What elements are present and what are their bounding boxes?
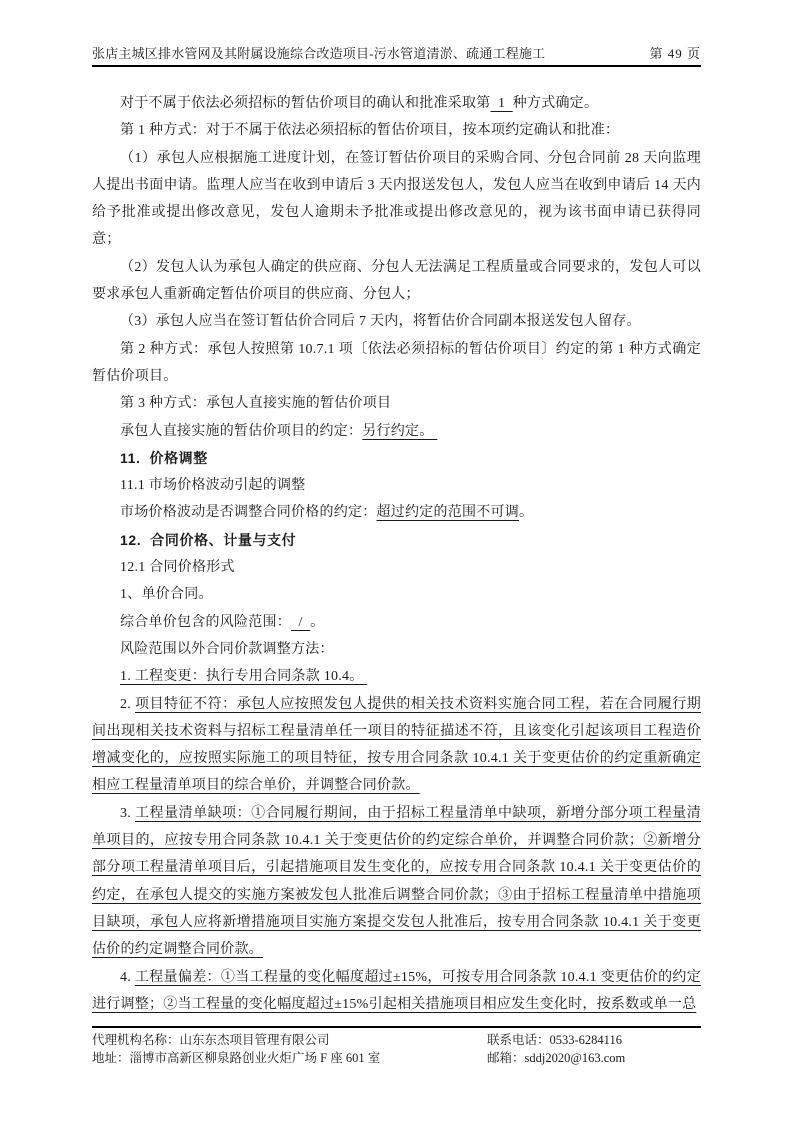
- underlined-text: 另行约定。: [362, 424, 437, 439]
- text-run: 11.1 市场价格波动引起的调整: [120, 478, 305, 493]
- section-heading: 12. 合同价格、计量与支付: [92, 527, 701, 554]
- agency-address: 地址：淄博市高新区柳泉路创业火炬广场 F 座 601 室: [92, 1050, 487, 1068]
- text-run: （2）发包人认为承包人确定的供应商、分包人无法满足工程质量或合同要求的，发包人可…: [92, 260, 701, 302]
- text-run: 风险范围以外合同价款调整方法：: [120, 642, 334, 657]
- paragraph: （2）发包人认为承包人确定的供应商、分包人无法满足工程质量或合同要求的，发包人可…: [92, 254, 701, 309]
- underlined-text: 超过约定的范围不可调: [377, 505, 520, 520]
- document-page: 张店主城区排水管网及其附属设施综合改造项目-污水管道清淤、疏通工程施工 第 49…: [0, 0, 793, 1122]
- underlined-text: 1: [491, 96, 513, 111]
- contact-email: 邮箱：sddj2020@163.com: [487, 1050, 701, 1068]
- text-run: 种方式确定。: [513, 96, 599, 111]
- page-number: 第 49 页: [649, 46, 701, 62]
- paragraph: 1、单价合同。: [92, 581, 701, 608]
- text-run: 承包人直接实施的暂估价项目的约定：: [120, 424, 362, 439]
- paragraph: 对于不属于依法必须招标的暂估价项目的确认和批准采取第 1 种方式确定。: [92, 90, 701, 117]
- agency-name: 代理机构名称：山东东杰项目管理有限公司: [92, 1032, 487, 1050]
- text-run: 4.: [120, 970, 135, 985]
- text-run: 3.: [120, 806, 135, 821]
- paragraph: 第 2 种方式：承包人按照第 10.7.1 项〔依法必须招标的暂估价项目〕约定的…: [92, 336, 701, 391]
- paragraph: 3. 工程量清单缺项：①合同履行期间，由于招标工程量清单中缺项，新增分部分项工程…: [92, 800, 701, 964]
- paragraph: 11.1 市场价格波动引起的调整: [92, 472, 701, 499]
- text-run: （3）承包人应当在签订暂估价合同后 7 天内，将暂估价合同副本报送发包人留存。: [120, 314, 641, 329]
- document-body: 对于不属于依法必须招标的暂估价项目的确认和批准采取第 1 种方式确定。第 1 种…: [92, 90, 701, 1018]
- text-run: 市场价格波动是否调整合同价格的约定：: [120, 505, 377, 520]
- section-heading: 11. 价格调整: [92, 445, 701, 472]
- text-run: 。: [310, 615, 324, 630]
- paragraph: （3）承包人应当在签订暂估价合同后 7 天内，将暂估价合同副本报送发包人留存。: [92, 308, 701, 335]
- paragraph: （1）承包人应根据施工进度计划，在签订暂估价项目的采购合同、分包合同前 28 天…: [92, 145, 701, 254]
- footer-row: 地址：淄博市高新区柳泉路创业火炬广场 F 座 601 室 邮箱：sddj2020…: [92, 1050, 701, 1068]
- text-run: 第 2 种方式：承包人按照第 10.7.1 项〔依法必须招标的暂估价项目〕约定的…: [92, 342, 701, 384]
- underlined-text: /: [291, 615, 310, 630]
- contact-phone: 联系电话：0533-6284116: [487, 1032, 701, 1050]
- paragraph: 承包人直接实施的暂估价项目的约定：另行约定。: [92, 418, 701, 445]
- text-run: 12. 合同价格、计量与支付: [120, 532, 296, 548]
- paragraph: 风险范围以外合同价款调整方法：: [92, 636, 701, 663]
- paragraph: 2. 项目特征不符：承包人应按照发包人提供的相关技术资料实施合同工程，若在合同履…: [92, 691, 701, 800]
- text-run: 1、单价合同。: [120, 587, 213, 602]
- page-header: 张店主城区排水管网及其附属设施综合改造项目-污水管道清淤、疏通工程施工 第 49…: [92, 46, 701, 67]
- header-title: 张店主城区排水管网及其附属设施综合改造项目-污水管道清淤、疏通工程施工: [92, 46, 545, 62]
- text-run: 综合单价包含的风险范围：: [120, 615, 291, 630]
- underlined-text: 1. 工程变更：执行专用合同条款 10.4。: [120, 669, 367, 684]
- paragraph: 12.1 合同价格形式: [92, 554, 701, 581]
- text-run: 2.: [120, 697, 135, 712]
- paragraph: 1. 工程变更：执行专用合同条款 10.4。: [92, 663, 701, 690]
- paragraph: 综合单价包含的风险范围： / 。: [92, 609, 701, 636]
- paragraph: 4. 工程量偏差：①当工程量的变化幅度超过±15%，可按专用合同条款 10.4.…: [92, 964, 701, 1019]
- paragraph: 市场价格波动是否调整合同价格的约定：超过约定的范围不可调。: [92, 499, 701, 526]
- text-run: 12.1 合同价格形式: [120, 560, 235, 575]
- text-run: 对于不属于依法必须招标的暂估价项目的确认和批准采取第: [120, 96, 491, 111]
- paragraph: 第 1 种方式：对于不属于依法必须招标的暂估价项目，按本项约定确认和批准：: [92, 117, 701, 144]
- underlined-text: 工程量偏差：①当工程量的变化幅度超过±15%，可按专用合同条款 10.4.1 变…: [92, 970, 701, 1012]
- text-run: 11. 价格调整: [120, 450, 208, 466]
- underlined-text: 工程量清单缺项：①合同履行期间，由于招标工程量清单中缺项，新增分部分项工程量清单…: [92, 806, 701, 957]
- footer-row: 代理机构名称：山东东杰项目管理有限公司 联系电话：0533-6284116: [92, 1032, 701, 1050]
- underlined-text: 项目特征不符：承包人应按照发包人提供的相关技术资料实施合同工程，若在合同履行期间…: [92, 697, 701, 794]
- text-run: （1）承包人应根据施工进度计划，在签订暂估价项目的采购合同、分包合同前 28 天…: [92, 151, 701, 248]
- text-run: 第 1 种方式：对于不属于依法必须招标的暂估价项目，按本项约定确认和批准：: [120, 123, 619, 138]
- text-run: 第 3 种方式：承包人直接实施的暂估价项目: [120, 396, 391, 411]
- paragraph: 第 3 种方式：承包人直接实施的暂估价项目: [92, 390, 701, 417]
- page-footer: 代理机构名称：山东东杰项目管理有限公司 联系电话：0533-6284116 地址…: [92, 1026, 701, 1067]
- text-run: 。: [519, 505, 533, 520]
